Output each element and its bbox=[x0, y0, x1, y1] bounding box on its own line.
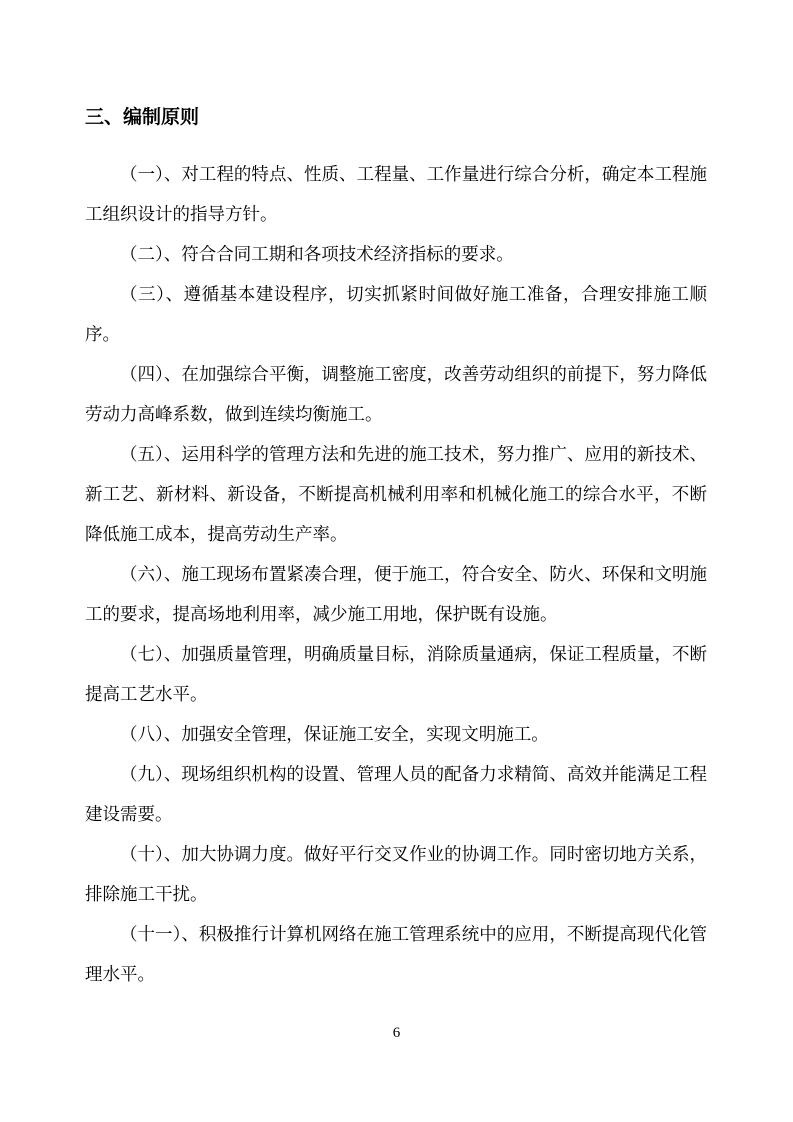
paragraph-10: （十）、加大协调力度。做好平行交叉作业的协调工作。同时密切地方关系，排除施工干扰… bbox=[85, 835, 707, 915]
paragraph-5: （五）、运用科学的管理方法和先进的施工技术，努力推广、应用的新技术、新工艺、新材… bbox=[85, 435, 707, 555]
paragraph-1: （一）、对工程的特点、性质、工程量、工作量进行综合分析，确定本工程施工组织设计的… bbox=[85, 155, 707, 235]
paragraph-4: （四）、在加强综合平衡，调整施工密度，改善劳动组织的前提下，努力降低劳动力高峰系… bbox=[85, 355, 707, 435]
section-body: （一）、对工程的特点、性质、工程量、工作量进行综合分析，确定本工程施工组织设计的… bbox=[85, 155, 707, 995]
page-number: 6 bbox=[0, 1025, 793, 1042]
paragraph-9: （九）、现场组织机构的设置、管理人员的配备力求精简、高效并能满足工程建设需要。 bbox=[85, 755, 707, 835]
paragraph-6: （六）、施工现场布置紧凑合理，便于施工，符合安全、防火、环保和文明施工的要求，提… bbox=[85, 555, 707, 635]
section-heading: 三、编制原则 bbox=[85, 102, 199, 129]
paragraph-7: （七）、加强质量管理，明确质量目标，消除质量通病，保证工程质量，不断提高工艺水平… bbox=[85, 635, 707, 715]
paragraph-11: （十一）、积极推行计算机网络在施工管理系统中的应用，不断提高现代化管理水平。 bbox=[85, 915, 707, 995]
paragraph-2: （二）、符合合同工期和各项技术经济指标的要求。 bbox=[85, 235, 707, 275]
paragraph-8: （八）、加强安全管理，保证施工安全，实现文明施工。 bbox=[85, 715, 707, 755]
paragraph-3: （三）、遵循基本建设程序，切实抓紧时间做好施工准备，合理安排施工顺序。 bbox=[85, 275, 707, 355]
